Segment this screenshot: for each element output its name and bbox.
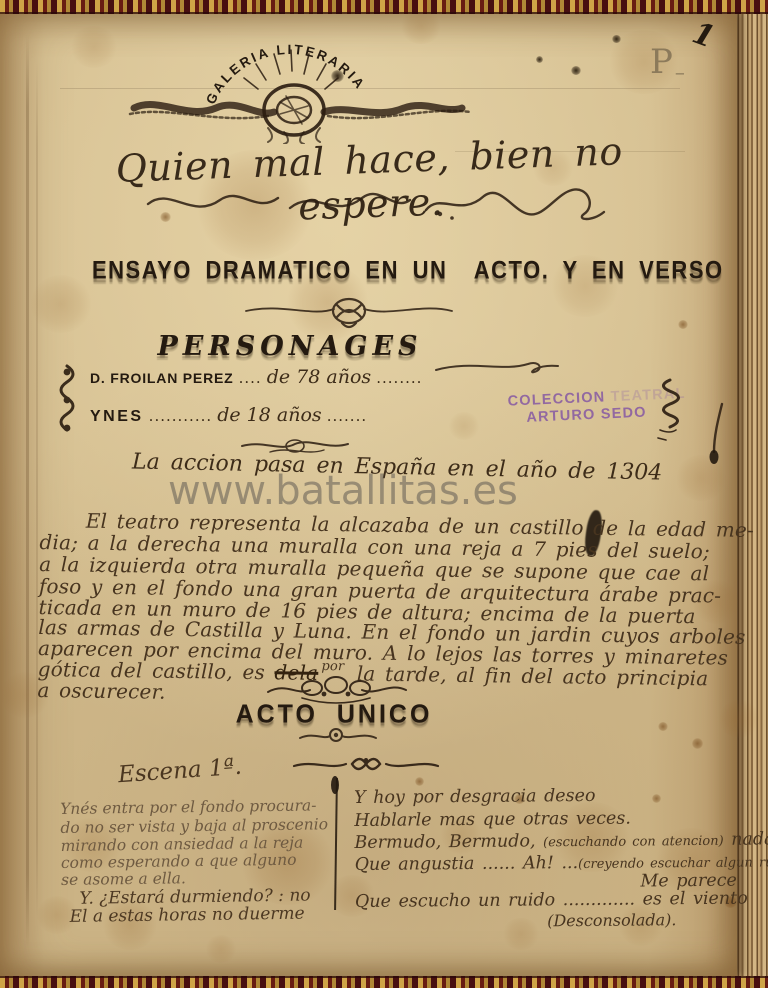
verse-line: Que escucho un ruido ............. es el… — [355, 889, 748, 912]
cast-heading: PERSONAGES — [140, 331, 440, 362]
cast-age: de 78 años — [267, 366, 371, 388]
folio-number: 1 — [688, 15, 720, 55]
divider-blob — [331, 776, 339, 794]
verse-line: Hablarle mas que otras veces. — [354, 809, 631, 831]
cast-brace-ornament — [52, 362, 82, 438]
motto-flourish — [140, 184, 610, 226]
cast-name: D. FROILAN PEREZ — [90, 370, 233, 386]
cast-entry-froilan: D. FROILAN PEREZ .... de 78 años .......… — [90, 366, 422, 388]
leader-dots: .... — [239, 369, 262, 387]
parenthetical: (escuchando con atencion) — [543, 834, 724, 851]
watermark: www.batallitas.es — [168, 468, 518, 514]
dialogue-line: El a estas horas no duerme — [69, 904, 304, 927]
book-cover-bottom — [0, 976, 768, 988]
parenthetical: (creyendo escuchar algun ruido) — [578, 855, 768, 872]
cast-name: YNES — [90, 408, 144, 425]
margin-ink-stroke — [706, 402, 728, 466]
scene-left-column: Ynés entra por el fondo procura- do no s… — [60, 796, 350, 925]
direction-line: se asome a ella. — [61, 869, 186, 889]
scene-flourish — [290, 752, 442, 778]
scene-right-column: Y hoy por desgracia deseo Hablarle mas q… — [354, 785, 749, 933]
verse-line: Y hoy por desgracia deseo — [354, 786, 596, 808]
cast-line-flourish — [432, 358, 562, 376]
scene-heading: Escena 1ª. — [117, 754, 242, 789]
leader-dots: ........... — [149, 407, 212, 425]
margin-ink-flourish — [650, 378, 686, 444]
genre-line: ENSAYO DRAMATICO EN UN ACTO. Y EN VERSO — [92, 256, 724, 285]
ornament-knot — [242, 295, 456, 335]
pencil-letter: P — [650, 42, 673, 82]
pencil-mark: P– — [650, 42, 683, 82]
book-cover-top — [0, 0, 768, 14]
manuscript-photo: 1 P– GALERIA LITERARIA — [0, 0, 768, 988]
verse-line: Bermudo, Bermudo, (escuchando con atenci… — [354, 829, 768, 853]
verse-parenthetical: (Desconsolada). — [547, 910, 676, 930]
direction-line: Ynés entra por el fondo procura- — [60, 796, 317, 818]
inserted-word: por — [321, 659, 344, 674]
act-ornament-bottom — [298, 726, 378, 746]
leader-dots: ........ — [376, 369, 422, 387]
pencil-dash: – — [675, 60, 685, 84]
cast-entry-ynes: YNES ........... de 18 años ....... — [90, 404, 367, 426]
masthead-vignette: GALERIA LITERARIA — [128, 16, 472, 144]
stage-direction-line: a oscurecer. — [37, 678, 166, 704]
cast-age: de 18 años — [217, 404, 321, 426]
leader-dots: ....... — [327, 407, 367, 425]
